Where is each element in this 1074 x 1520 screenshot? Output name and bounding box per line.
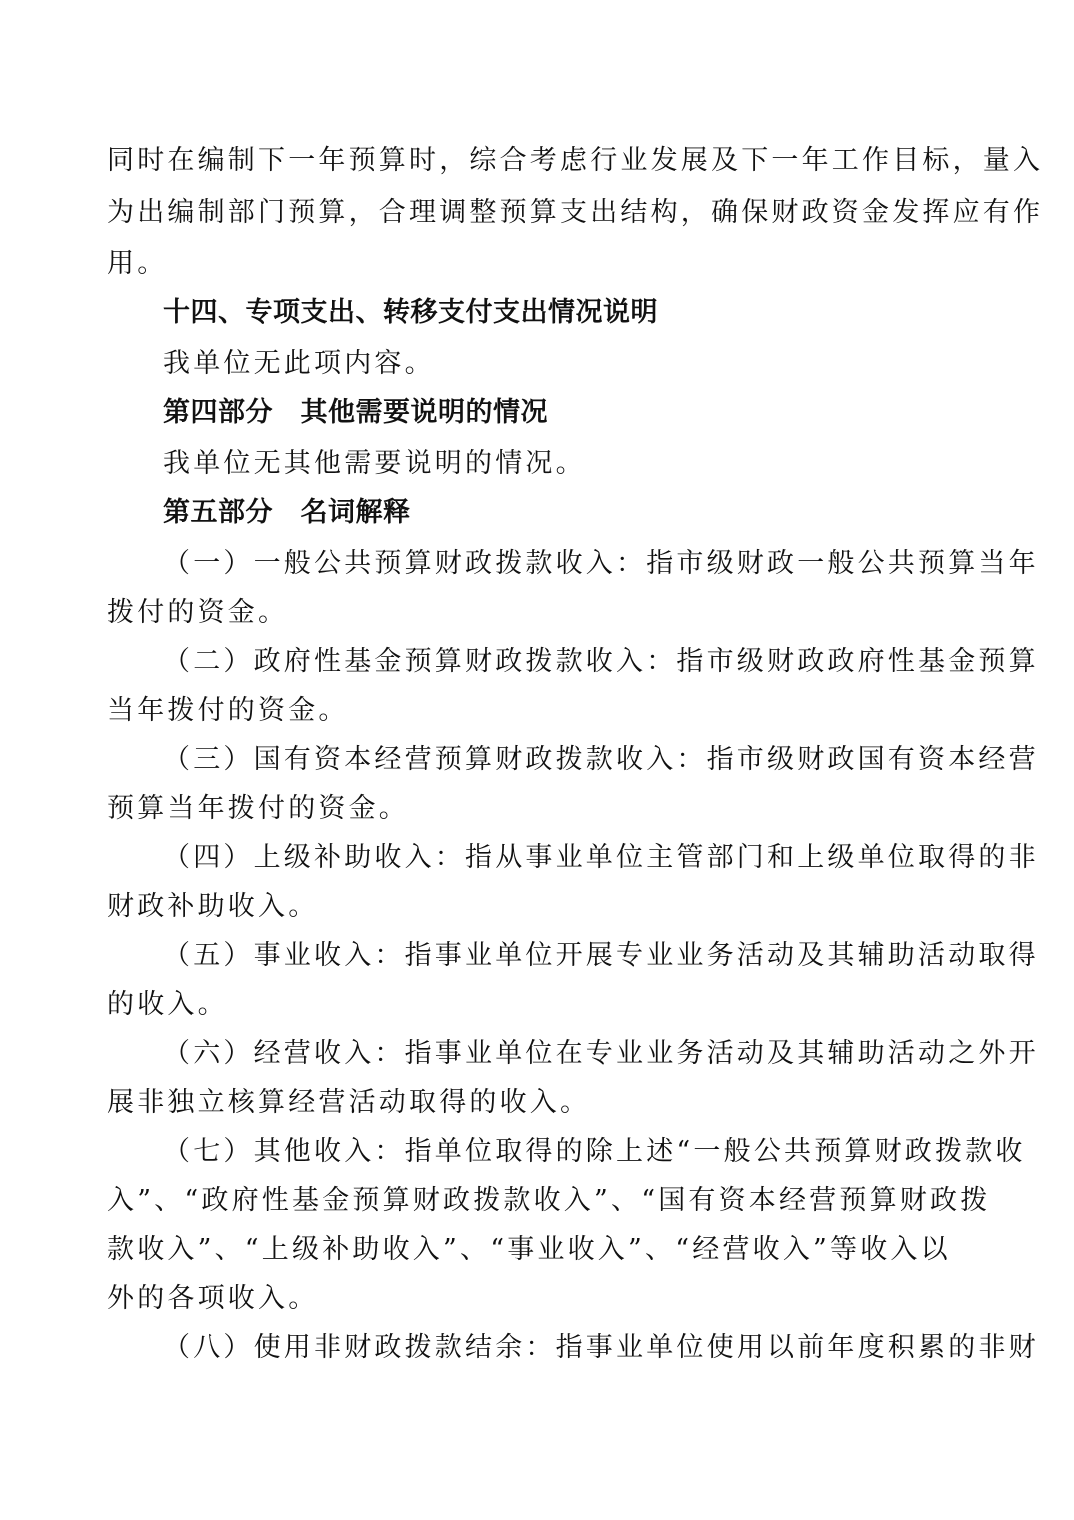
paragraph-line: 的收入。	[107, 989, 1007, 1021]
definition-item-7: （七）其他收入：指单位取得的除上述“一般公共预算财政拨款收	[163, 1136, 1063, 1168]
paragraph-line: 展非独立核算经营活动取得的收入。	[107, 1087, 1007, 1119]
definition-item-5: （五）事业收入：指事业单位开展专业业务活动及其辅助活动取得	[163, 940, 1063, 972]
section-heading-part-five: 第五部分 名词解释	[163, 497, 1063, 529]
paragraph-line: 拨付的资金。	[107, 597, 1007, 629]
paragraph-line: 我单位无其他需要说明的情况。	[163, 448, 1063, 480]
paragraph-line: 入”、“政府性基金预算财政拨款收入”、“国有资本经营预算财政拨	[107, 1185, 1007, 1217]
definition-item-4: （四）上级补助收入：指从事业单位主管部门和上级单位取得的非	[163, 842, 1063, 874]
paragraph-line: 同时在编制下一年预算时，综合考虑行业发展及下一年工作目标，量入	[107, 145, 1007, 177]
document-page: 同时在编制下一年预算时，综合考虑行业发展及下一年工作目标，量入 为出编制部门预算…	[0, 0, 1074, 1520]
section-heading-part-four: 第四部分 其他需要说明的情况	[163, 397, 1063, 429]
paragraph-line: 外的各项收入。	[107, 1283, 1007, 1315]
definition-item-8: （八）使用非财政拨款结余：指事业单位使用以前年度积累的非财	[163, 1332, 1063, 1364]
definition-item-6: （六）经营收入：指事业单位在专业业务活动及其辅助活动之外开	[163, 1038, 1063, 1070]
paragraph-line: 当年拨付的资金。	[107, 695, 1007, 727]
paragraph-line: 为出编制部门预算，合理调整预算支出结构，确保财政资金发挥应有作	[107, 197, 1007, 229]
section-heading-special-expenditure: 十四、专项支出、转移支付支出情况说明	[163, 297, 1063, 329]
paragraph-line: 用。	[107, 248, 1007, 280]
paragraph-line: 财政补助收入。	[107, 891, 1007, 923]
paragraph-line: 我单位无此项内容。	[163, 348, 1063, 380]
definition-item-1: （一）一般公共预算财政拨款收入：指市级财政一般公共预算当年	[163, 548, 1063, 580]
definition-item-2: （二）政府性基金预算财政拨款收入：指市级财政政府性基金预算	[163, 646, 1063, 678]
paragraph-line: 款收入”、“上级补助收入”、“事业收入”、“经营收入”等收入以	[107, 1234, 1007, 1266]
paragraph-line: 预算当年拨付的资金。	[107, 793, 1007, 825]
definition-item-3: （三）国有资本经营预算财政拨款收入：指市级财政国有资本经营	[163, 744, 1063, 776]
